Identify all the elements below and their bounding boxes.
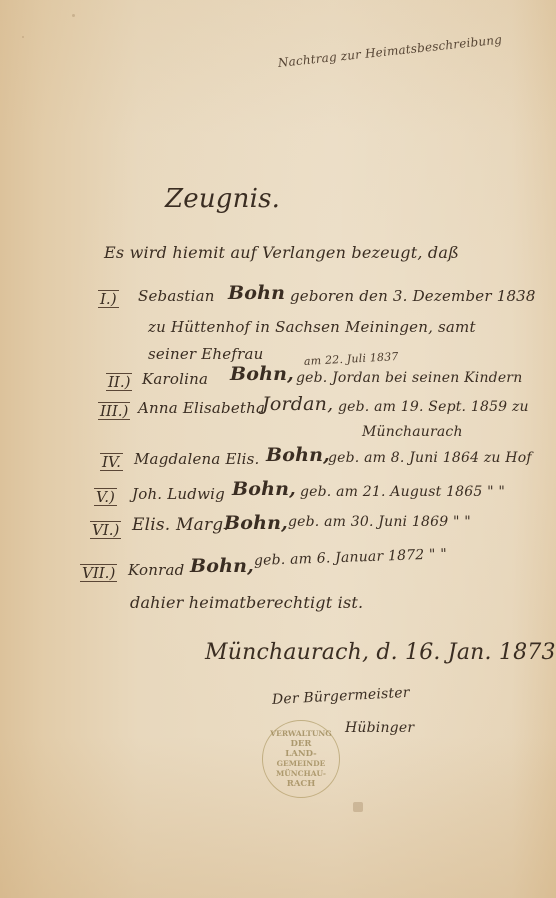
entry-birth-info: geb. am 19. Sept. 1859 zu [338,399,529,415]
intro-line: Es wird hiemit auf Verlangen bezeugt, da… [104,243,459,262]
stamp-line: LAND- [263,749,339,759]
entry-surname: Jordan, [262,393,333,415]
entry-numeral: III.) [98,402,130,420]
stamp-line: RACH [263,779,339,789]
document-page: Nachtrag zur Heimatsbeschreibung Zeugnis… [0,0,556,898]
stamp-line: GEMEINDE [263,759,339,769]
top-annotation: Nachtrag zur Heimatsbeschreibung [277,33,502,70]
document-title: Zeugnis. [165,184,280,214]
stamp-line: MÜNCHAU- [263,769,339,779]
entry-numeral: I.) [98,290,119,308]
entry-birth-info: geb. am 8. Juni 1864 zu Hof [328,450,532,466]
entry-birthplace: zu Hüttenhof in Sachsen Meiningen, samt [148,318,476,336]
entry-first-name: Karolina [142,370,208,388]
entry-numeral: IV. [100,453,123,471]
entry-birth-info: geb. am 21. August 1865 " " [300,484,505,500]
entry-spouse-label: seiner Ehefrau [148,345,263,363]
signature-title: Der Bürgermeister [272,685,410,708]
entry-surname: Bohn, [190,555,254,577]
entry-first-name: Anna Elisabetha [138,399,265,417]
entry-first-name: Magdalena Elis. [134,450,260,468]
signature-name: Hübinger [345,720,414,736]
paper-speck [72,14,75,17]
stamp-line: DER [263,739,339,749]
entry-first-name: Elis. Marg. [132,515,229,535]
place-date: Münchaurach, d. 16. Jan. 1873. [205,640,556,665]
closing-line: dahier heimatberechtigt ist. [130,593,363,612]
entry-surname: Bohn, [224,512,288,534]
entry-surname: Bohn [228,282,285,304]
paper-speck [22,36,24,38]
entry-birth-info: geb. Jordan bei seinen Kindern [296,370,522,386]
entry-birthplace: Münchaurach [362,424,463,440]
entry-birth-info: geb. am 6. Januar 1872 " " [254,546,448,569]
entry-annotation: am 22. Juli 1837 [304,350,399,368]
entry-first-name: Joh. Ludwig [132,485,225,503]
entry-numeral: VII.) [80,564,117,582]
entry-surname: Bohn, [232,478,296,500]
entry-numeral: VI.) [90,521,121,539]
entry-numeral: V.) [94,488,117,506]
entry-first-name: Sebastian [138,287,215,305]
entry-numeral: II.) [106,373,132,391]
paper-stain [353,802,363,812]
stamp-line: VERWALTUNG [263,729,339,739]
entry-surname: Bohn, [230,363,294,385]
municipal-stamp: VERWALTUNG DER LAND- GEMEINDE MÜNCHAU- R… [262,720,340,798]
entry-first-name: Konrad [128,561,184,579]
entry-birth-info: geboren den 3. Dezember 1838 [290,287,536,305]
entry-birth-info: geb. am 30. Juni 1869 " " [288,514,471,530]
entry-surname: Bohn, [266,444,330,466]
